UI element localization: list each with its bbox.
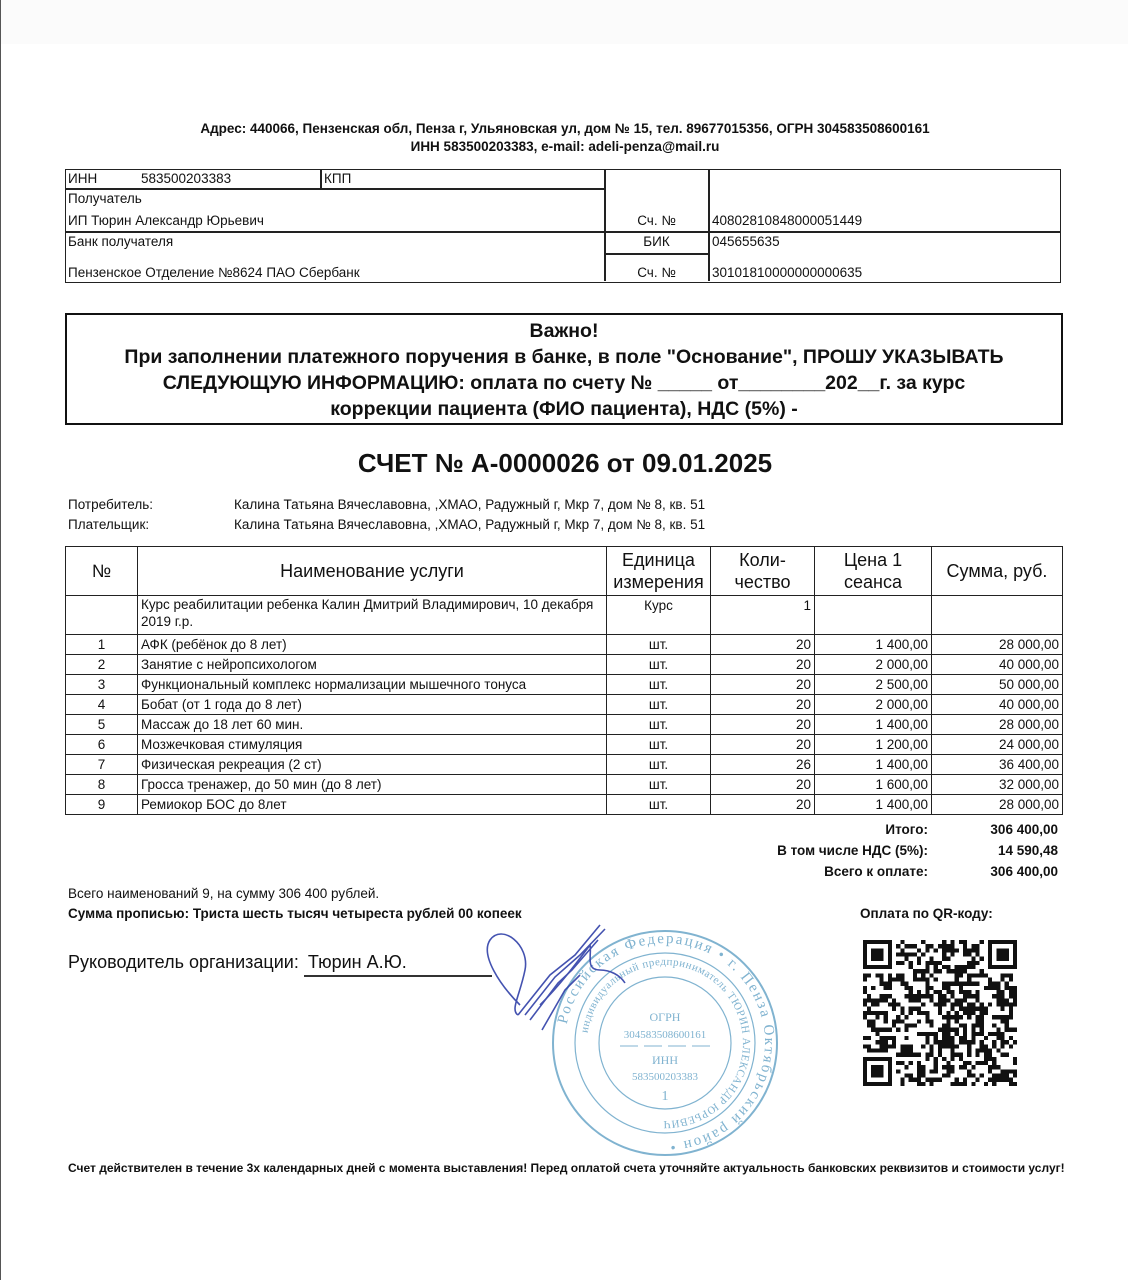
payment-qr-code[interactable] bbox=[862, 940, 1018, 1086]
due-value: 306 400,00 bbox=[990, 864, 1058, 879]
item-name: Гросса тренажер, до 50 мин (до 8 лет) bbox=[138, 775, 607, 795]
item-num: 6 bbox=[66, 735, 138, 755]
item-price: 2 500,00 bbox=[815, 675, 932, 695]
bik-value: 045655635 bbox=[712, 234, 780, 249]
item-qty: 20 bbox=[711, 795, 815, 815]
corr-account-label: Сч. № bbox=[604, 265, 709, 280]
totals-block: Итого: 306 400,00 В том числе НДС (5%): … bbox=[658, 822, 1058, 885]
item-name: Занятие с нейропсихологом bbox=[138, 655, 607, 675]
course-price bbox=[815, 596, 932, 635]
director-label: Руководитель организации: bbox=[68, 952, 299, 972]
inn-value: 583500203383 bbox=[141, 171, 231, 186]
col-header-unit: Единица измерения bbox=[607, 547, 711, 596]
item-num: 2 bbox=[66, 655, 138, 675]
item-num: 9 bbox=[66, 795, 138, 815]
item-sum: 28 000,00 bbox=[932, 795, 1063, 815]
item-num: 5 bbox=[66, 715, 138, 735]
important-line-2: СЛЕДУЮЩУЮ ИНФОРМАЦИЮ: оплата по счету № … bbox=[67, 370, 1061, 396]
director-signature-line: Руководитель организации: Тюрин А.Ю. bbox=[68, 952, 492, 977]
item-sum: 40 000,00 bbox=[932, 695, 1063, 715]
item-name: Физическая рекреация (2 ст) bbox=[138, 755, 607, 775]
bank-details-table: ИНН 583500203383 КПП Получатель ИП Тюрин… bbox=[65, 169, 1061, 283]
item-unit: шт. bbox=[607, 715, 711, 735]
corr-account-value: 30101810000000000635 bbox=[712, 265, 862, 280]
bank-value: Пензенское Отделение №8624 ПАО Сбербанк bbox=[68, 265, 360, 280]
item-unit: шт. bbox=[607, 795, 711, 815]
item-qty: 20 bbox=[711, 695, 815, 715]
inn-email-line: ИНН 583500203383, e-mail: adeli-penza@ma… bbox=[60, 138, 1070, 156]
item-qty: 20 bbox=[711, 675, 815, 695]
table-header-row: № Наименование услуги Единица измерения … bbox=[66, 547, 1063, 596]
col-header-num: № bbox=[66, 547, 138, 596]
item-sum: 28 000,00 bbox=[932, 715, 1063, 735]
svg-text:ИНН: ИНН bbox=[652, 1053, 678, 1067]
item-unit: шт. bbox=[607, 635, 711, 655]
item-price: 1 400,00 bbox=[815, 755, 932, 775]
svg-text:583500203383: 583500203383 bbox=[632, 1071, 699, 1083]
course-name: Курс реабилитации ребенка Калин Дмитрий … bbox=[138, 596, 607, 635]
consumer-value: Калина Татьяна Вячеславовна, ,ХМАО, Раду… bbox=[234, 497, 705, 512]
table-row: 6Мозжечковая стимуляцияшт.201 200,0024 0… bbox=[66, 735, 1063, 755]
vat-value: 14 590,48 bbox=[998, 843, 1058, 858]
table-row: 8Гросса тренажер, до 50 мин (до 8 лет)шт… bbox=[66, 775, 1063, 795]
item-sum: 40 000,00 bbox=[932, 655, 1063, 675]
svg-text:1: 1 bbox=[662, 1089, 669, 1104]
svg-text:304583508600161: 304583508600161 bbox=[624, 1029, 707, 1041]
item-price: 1 200,00 bbox=[815, 735, 932, 755]
qr-label: Оплата по QR-коду: bbox=[860, 906, 993, 921]
account-value: 40802810848000051449 bbox=[712, 213, 862, 228]
col-header-sum: Сумма, руб. bbox=[932, 547, 1063, 596]
item-sum: 50 000,00 bbox=[932, 675, 1063, 695]
payer-value: Калина Татьяна Вячеславовна, ,ХМАО, Раду… bbox=[234, 517, 705, 532]
item-qty: 20 bbox=[711, 735, 815, 755]
important-title: Важно! bbox=[67, 318, 1061, 344]
table-row: 4Бобат (от 1 года до 8 лет)шт.202 000,00… bbox=[66, 695, 1063, 715]
item-price: 2 000,00 bbox=[815, 695, 932, 715]
table-row: 9Ремиокор БОС до 8летшт.201 400,0028 000… bbox=[66, 795, 1063, 815]
scan-top-band bbox=[0, 0, 1128, 44]
item-unit: шт. bbox=[607, 735, 711, 755]
item-num: 8 bbox=[66, 775, 138, 795]
item-name: АФК (ребёнок до 8 лет) bbox=[138, 635, 607, 655]
table-row: 5Массаж до 18 лет 60 мин.шт.201 400,0028… bbox=[66, 715, 1063, 735]
services-table: № Наименование услуги Единица измерения … bbox=[65, 546, 1063, 815]
payer-label: Плательщик: bbox=[68, 517, 228, 532]
svg-text:ОГРН: ОГРН bbox=[650, 1010, 681, 1024]
item-num: 3 bbox=[66, 675, 138, 695]
bik-label: БИК bbox=[604, 234, 709, 249]
item-price: 1 400,00 bbox=[815, 715, 932, 735]
amount-in-words: Сумма прописью: Триста шесть тысяч четыр… bbox=[68, 906, 522, 921]
total-label: Итого: bbox=[885, 822, 928, 837]
course-sum bbox=[932, 596, 1063, 635]
table-row: 2Занятие с нейропсихологомшт.202 000,004… bbox=[66, 655, 1063, 675]
vat-label: В том числе НДС (5%): bbox=[777, 843, 928, 858]
item-num: 1 bbox=[66, 635, 138, 655]
item-sum: 32 000,00 bbox=[932, 775, 1063, 795]
signature-scribble-icon bbox=[480, 915, 630, 1035]
table-row: 3Функциональный комплекс нормализации мы… bbox=[66, 675, 1063, 695]
company-header: Адрес: 440066, Пензенская обл, Пенза г, … bbox=[60, 120, 1070, 156]
course-unit: Курс bbox=[607, 596, 711, 635]
item-sum: 24 000,00 bbox=[932, 735, 1063, 755]
item-name: Массаж до 18 лет 60 мин. bbox=[138, 715, 607, 735]
item-unit: шт. bbox=[607, 695, 711, 715]
item-sum: 28 000,00 bbox=[932, 635, 1063, 655]
item-num: 4 bbox=[66, 695, 138, 715]
account-label: Сч. № bbox=[604, 213, 709, 228]
item-unit: шт. bbox=[607, 755, 711, 775]
course-num bbox=[66, 596, 138, 635]
inn-label: ИНН bbox=[68, 171, 97, 186]
item-unit: шт. bbox=[607, 655, 711, 675]
course-row: Курс реабилитации ребенка Калин Дмитрий … bbox=[66, 596, 1063, 635]
item-unit: шт. bbox=[607, 775, 711, 795]
recipient-value: ИП Тюрин Александр Юрьевич bbox=[68, 213, 264, 228]
item-num: 7 bbox=[66, 755, 138, 775]
item-qty: 20 bbox=[711, 775, 815, 795]
course-qty: 1 bbox=[711, 596, 815, 635]
item-qty: 20 bbox=[711, 635, 815, 655]
address-line: Адрес: 440066, Пензенская обл, Пенза г, … bbox=[60, 120, 1070, 138]
col-header-price: Цена 1 сеанса bbox=[815, 547, 932, 596]
col-header-name: Наименование услуги bbox=[138, 547, 607, 596]
item-price: 1 400,00 bbox=[815, 635, 932, 655]
item-price: 1 600,00 bbox=[815, 775, 932, 795]
validity-footnote: Счет действителен в течение 3х календарн… bbox=[68, 1160, 1068, 1177]
page-edge bbox=[0, 0, 1, 1280]
important-notice: Важно! При заполнении платежного поручен… bbox=[65, 313, 1063, 425]
item-price: 2 000,00 bbox=[815, 655, 932, 675]
table-row: 7Физическая рекреация (2 ст)шт.261 400,0… bbox=[66, 755, 1063, 775]
director-name: Тюрин А.Ю. bbox=[304, 952, 492, 977]
table-row: 1АФК (ребёнок до 8 лет)шт.201 400,0028 0… bbox=[66, 635, 1063, 655]
item-qty: 20 bbox=[711, 655, 815, 675]
item-price: 1 400,00 bbox=[815, 795, 932, 815]
item-qty: 20 bbox=[711, 715, 815, 735]
total-value: 306 400,00 bbox=[990, 822, 1058, 837]
recipient-label: Получатель bbox=[68, 191, 142, 206]
kpp-label: КПП bbox=[324, 171, 351, 186]
item-unit: шт. bbox=[607, 675, 711, 695]
important-line-1: При заполнении платежного поручения в ба… bbox=[67, 344, 1061, 370]
due-label: Всего к оплате: bbox=[824, 864, 928, 879]
item-name: Ремиокор БОС до 8лет bbox=[138, 795, 607, 815]
item-sum: 36 400,00 bbox=[932, 755, 1063, 775]
consumer-label: Потребитель: bbox=[68, 497, 228, 512]
item-name: Функциональный комплекс нормализации мыш… bbox=[138, 675, 607, 695]
important-line-3: коррекции пациента (ФИО пациента), НДС (… bbox=[67, 396, 1061, 422]
item-name: Бобат (от 1 года до 8 лет) bbox=[138, 695, 607, 715]
invoice-title: СЧЕТ № А-0000026 от 09.01.2025 bbox=[60, 448, 1070, 479]
col-header-qty: Коли-чество bbox=[711, 547, 815, 596]
items-count-summary: Всего наименований 9, на сумму 306 400 р… bbox=[68, 886, 379, 901]
bank-label: Банк получателя bbox=[68, 234, 173, 249]
item-name: Мозжечковая стимуляция bbox=[138, 735, 607, 755]
item-qty: 26 bbox=[711, 755, 815, 775]
